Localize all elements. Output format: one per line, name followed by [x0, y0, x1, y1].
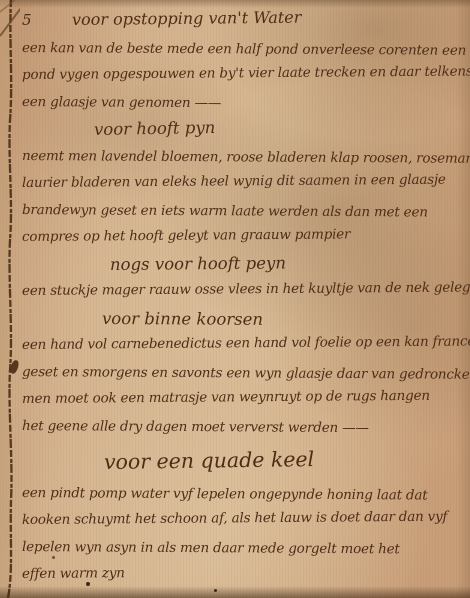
- recipe-3-line-3: het geene alle dry dagen moet ververst w…: [22, 413, 466, 443]
- recipe-2-heading: nogs voor hooft peyn: [110, 248, 466, 278]
- recipe-0-heading: voor opstopping van't Water: [72, 4, 302, 33]
- binding-line: [8, 0, 11, 598]
- recipe-3-line-0: een hand vol carnebenedictus een hand vo…: [22, 329, 466, 359]
- page-fold-line: [0, 0, 20, 36]
- header-row: 5 voor opstopping van't Water: [22, 6, 466, 35]
- page-right-shadow: [456, 0, 470, 598]
- recipe-0-line-1: pond vygen opgespouwen en by't vier laat…: [22, 59, 466, 89]
- page-number: 5: [22, 6, 72, 35]
- binding-margin-strip: [0, 0, 9, 598]
- page-content: 5 voor opstopping van't Water een kan va…: [22, 6, 466, 588]
- binding-edge: [0, 0, 20, 598]
- recipe-4-line-1: kooken schuymt het schoon af, als het la…: [22, 504, 466, 534]
- recipe-4-heading: voor een quade keel: [104, 439, 466, 480]
- manuscript-page: 5 voor opstopping van't Water een kan va…: [0, 0, 470, 598]
- ink-speck: [52, 556, 55, 559]
- recipe-1-line-1: laurier bladeren van eleks heel wynig di…: [22, 167, 466, 197]
- page-bottom-shadow: [0, 586, 470, 598]
- recipe-3-line-2: men moet ook een matrasje van weynruyt o…: [22, 383, 466, 413]
- recipe-1-line-3: compres op het hooft geleyt van graauw p…: [22, 221, 466, 251]
- page-fold-line-2: [0, 0, 15, 12]
- recipe-2-line-0: een stuckje mager raauw osse vlees in he…: [22, 275, 466, 305]
- ink-blot: [9, 359, 19, 374]
- recipe-1-heading: voor hooft pyn: [94, 110, 466, 143]
